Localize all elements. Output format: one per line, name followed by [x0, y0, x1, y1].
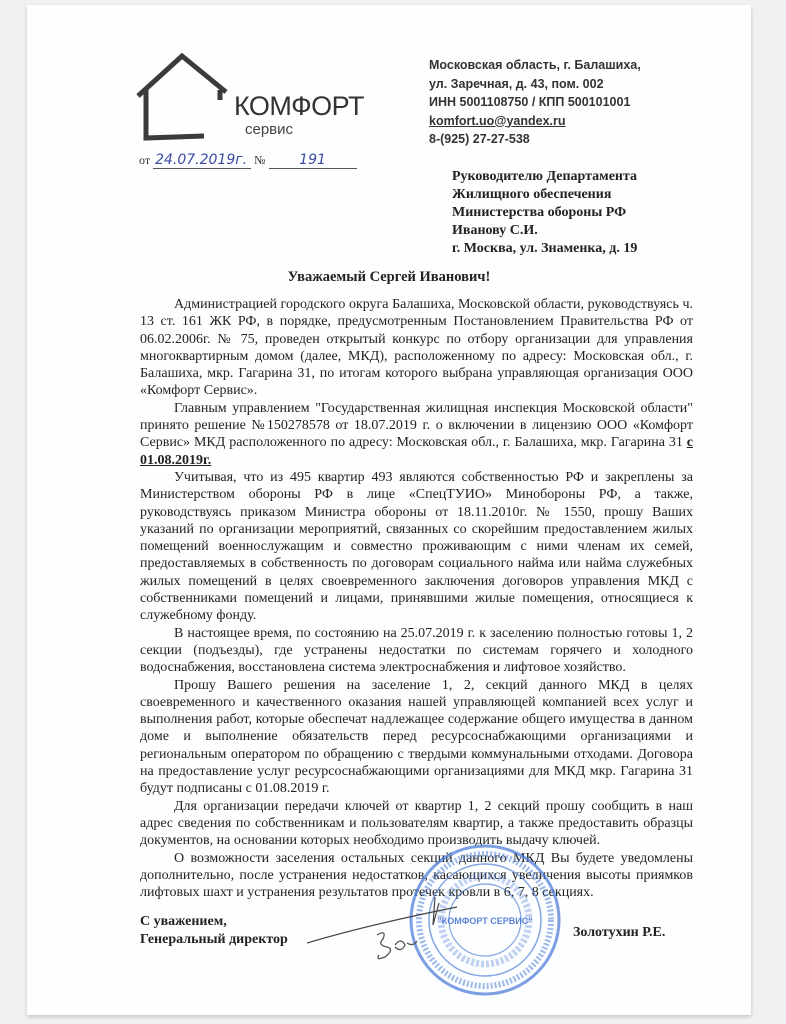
- letter-body: Администрацией городского округа Балаших…: [140, 296, 693, 901]
- addressee-block: Руководителю Департамента Жилищного обес…: [452, 168, 637, 258]
- signer-name: Золотухин Р.Е.: [573, 925, 665, 941]
- reg-number: 191: [269, 152, 357, 169]
- signer-title: Генеральный директор: [140, 931, 288, 949]
- house-logo-icon: [134, 52, 244, 142]
- logo-wordmark: КОМФОРТ: [234, 93, 364, 120]
- addressee-address: г. Москва, ул. Знаменка, д. 19: [452, 240, 637, 258]
- logo-subtitle: сервис: [245, 122, 293, 137]
- sender-email-link[interactable]: komfort.uo@yandex.ru: [429, 112, 641, 131]
- addressee-name: Иванову С.И.: [452, 222, 637, 240]
- sender-phone: 8-(925) 27-27-538: [429, 130, 641, 149]
- reg-prefix: от: [139, 153, 150, 167]
- body-paragraph: Главным управлением "Государственная жил…: [140, 400, 693, 469]
- reg-date: 24.07.2019г.: [153, 152, 251, 169]
- body-paragraph: Учитывая, что из 495 квартир 493 являютс…: [140, 469, 693, 625]
- sender-tax-ids: ИНН 5001108750 / КПП 500101001: [429, 93, 641, 112]
- body-paragraph: В настоящее время, по состоянию на 25.07…: [140, 625, 693, 677]
- closing-phrase: С уважением,: [140, 913, 288, 931]
- document-page: КОМФОРТ сервис от 24.07.2019г. № 191 Мос…: [27, 5, 751, 1015]
- sender-address-line: Московская область, г. Балашиха,: [429, 56, 641, 75]
- reg-number-label: №: [254, 153, 265, 167]
- registration-line: от 24.07.2019г. № 191: [139, 152, 357, 169]
- closing-block: С уважением, Генеральный директор: [140, 913, 288, 949]
- body-paragraph: Прошу Вашего решения на заселение 1, 2, …: [140, 677, 693, 798]
- addressee-line: Жилищного обеспечения: [452, 186, 637, 204]
- body-paragraph: Администрацией городского округа Балаших…: [140, 296, 693, 400]
- body-paragraph: Для организации передачи ключей от кварт…: [140, 798, 693, 850]
- addressee-line: Руководителю Департамента: [452, 168, 637, 186]
- signature-icon: [307, 895, 467, 965]
- body-paragraph-text: Главным управлением "Государственная жил…: [140, 401, 693, 451]
- addressee-line: Министерства обороны РФ: [452, 204, 637, 222]
- salutation: Уважаемый Сергей Иванович!: [27, 269, 751, 286]
- sender-block: Московская область, г. Балашиха, ул. Зар…: [429, 56, 641, 149]
- sender-address-line: ул. Заречная, д. 43, пом. 002: [429, 75, 641, 94]
